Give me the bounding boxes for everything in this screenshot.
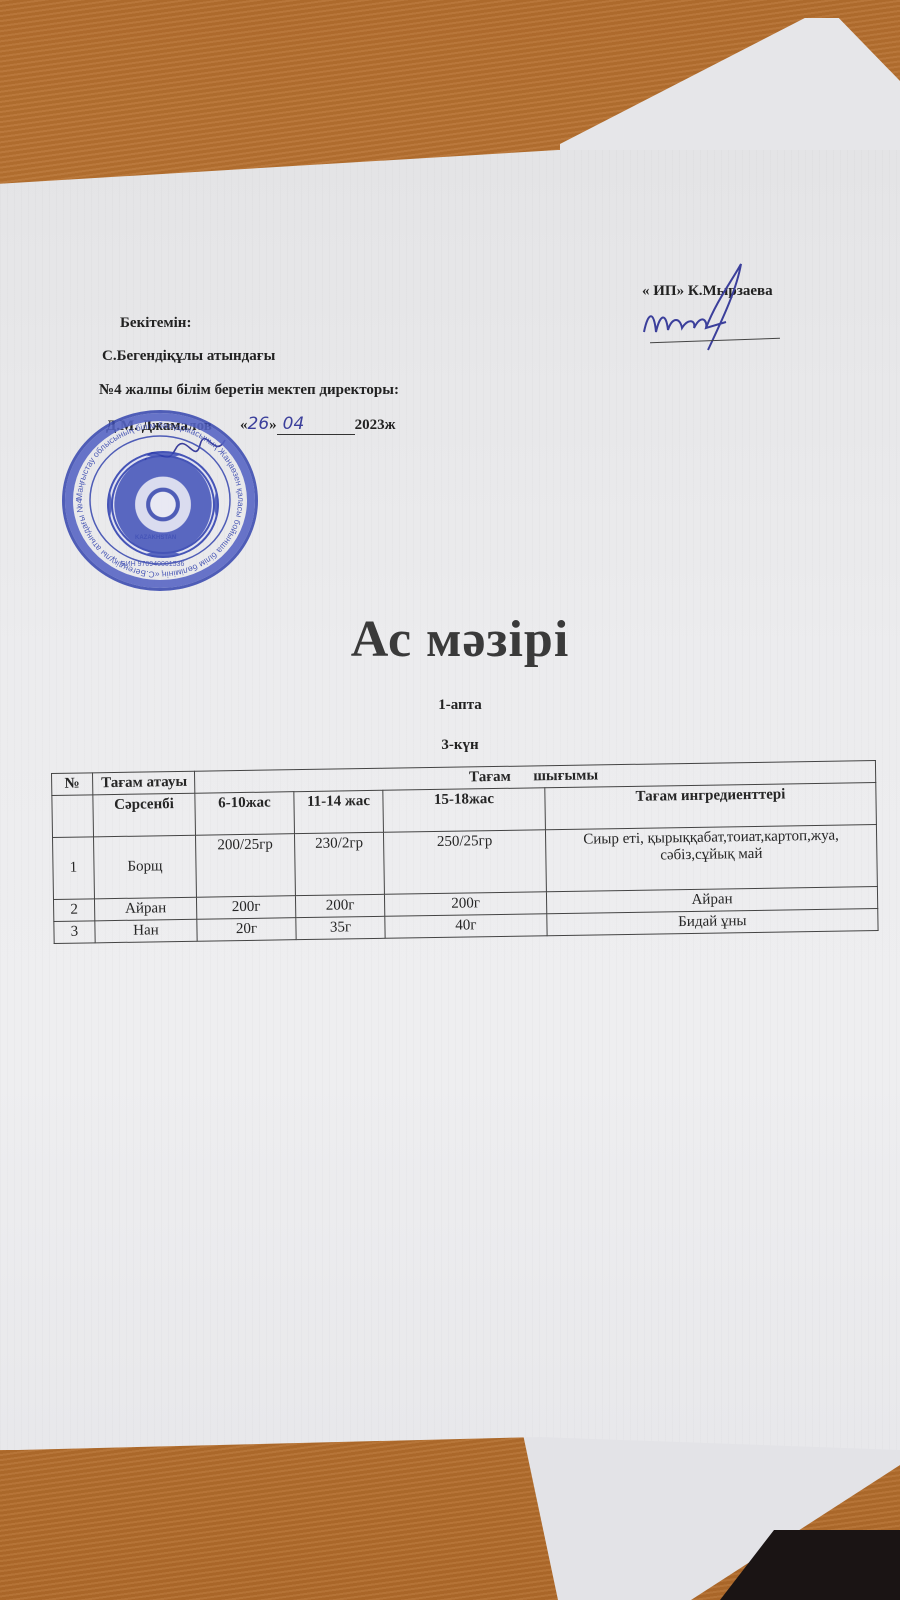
day-label: 3-күн bbox=[0, 737, 900, 754]
header-age-15-18: 15-18жас bbox=[383, 788, 546, 833]
approval-date: «26»042023ж bbox=[240, 414, 396, 435]
row-dish: Айран bbox=[94, 897, 196, 921]
header-age-6-10: 6-10жас bbox=[195, 792, 295, 836]
row-age-15-18: 200г bbox=[384, 892, 546, 917]
row-age-11-14: 200г bbox=[295, 894, 384, 917]
approval-label: Бекітемін: bbox=[120, 315, 191, 332]
official-stamp: Маңғыстау облысының білім басқармасының … bbox=[62, 410, 258, 591]
date-year: 2023ж bbox=[355, 417, 396, 433]
row-age-6-10: 20г bbox=[197, 918, 296, 942]
header-num: № bbox=[52, 773, 93, 796]
row-age-6-10: 200г bbox=[196, 896, 295, 920]
header-dish-name: Тағам атауы bbox=[93, 771, 195, 795]
row-age-11-14: 35г bbox=[296, 916, 385, 939]
row-age-11-14: 230/2гр bbox=[294, 832, 384, 895]
header-weekday: Сәрсенбі bbox=[93, 793, 196, 837]
header-age-11-14: 11-14 жас bbox=[294, 790, 384, 833]
school-name-line: С.Бегендіқұлы атындағы bbox=[102, 348, 275, 365]
row-ingredients: Бидай ұны bbox=[547, 909, 878, 936]
stamp-bin: БИН 970940001536 bbox=[121, 561, 184, 568]
header-empty bbox=[52, 795, 94, 838]
row-num: 2 bbox=[53, 899, 94, 922]
row-age-15-18: 40г bbox=[385, 914, 547, 939]
coat-of-arms-icon bbox=[107, 451, 219, 558]
row-num: 3 bbox=[54, 921, 95, 944]
week-label: 1-апта bbox=[0, 697, 900, 714]
row-dish: Нан bbox=[95, 919, 197, 943]
school-director-line: №4 жалпы білім беретін мектеп директоры: bbox=[99, 382, 399, 399]
menu-table: № Тағам атауы Тағам шығымы Сәрсенбі 6-10… bbox=[51, 760, 879, 944]
row-age-6-10: 200/25гр bbox=[195, 834, 295, 898]
menu-title: Ас мәзірі bbox=[0, 610, 900, 669]
date-close-quote: » bbox=[269, 417, 277, 433]
header-ingredients: Тағам ингредиенттері bbox=[545, 783, 877, 830]
stamp-emblem-label: KAZAKHSTAN bbox=[135, 535, 176, 541]
row-dish: Борщ bbox=[94, 835, 197, 899]
row-ingredients: Сиыр еті, қырыққабат,тоиат,картоп,жуа, с… bbox=[545, 825, 877, 892]
row-num: 1 bbox=[53, 837, 95, 900]
date-month: 04 bbox=[283, 414, 305, 434]
row-age-15-18: 250/25гр bbox=[383, 830, 546, 895]
